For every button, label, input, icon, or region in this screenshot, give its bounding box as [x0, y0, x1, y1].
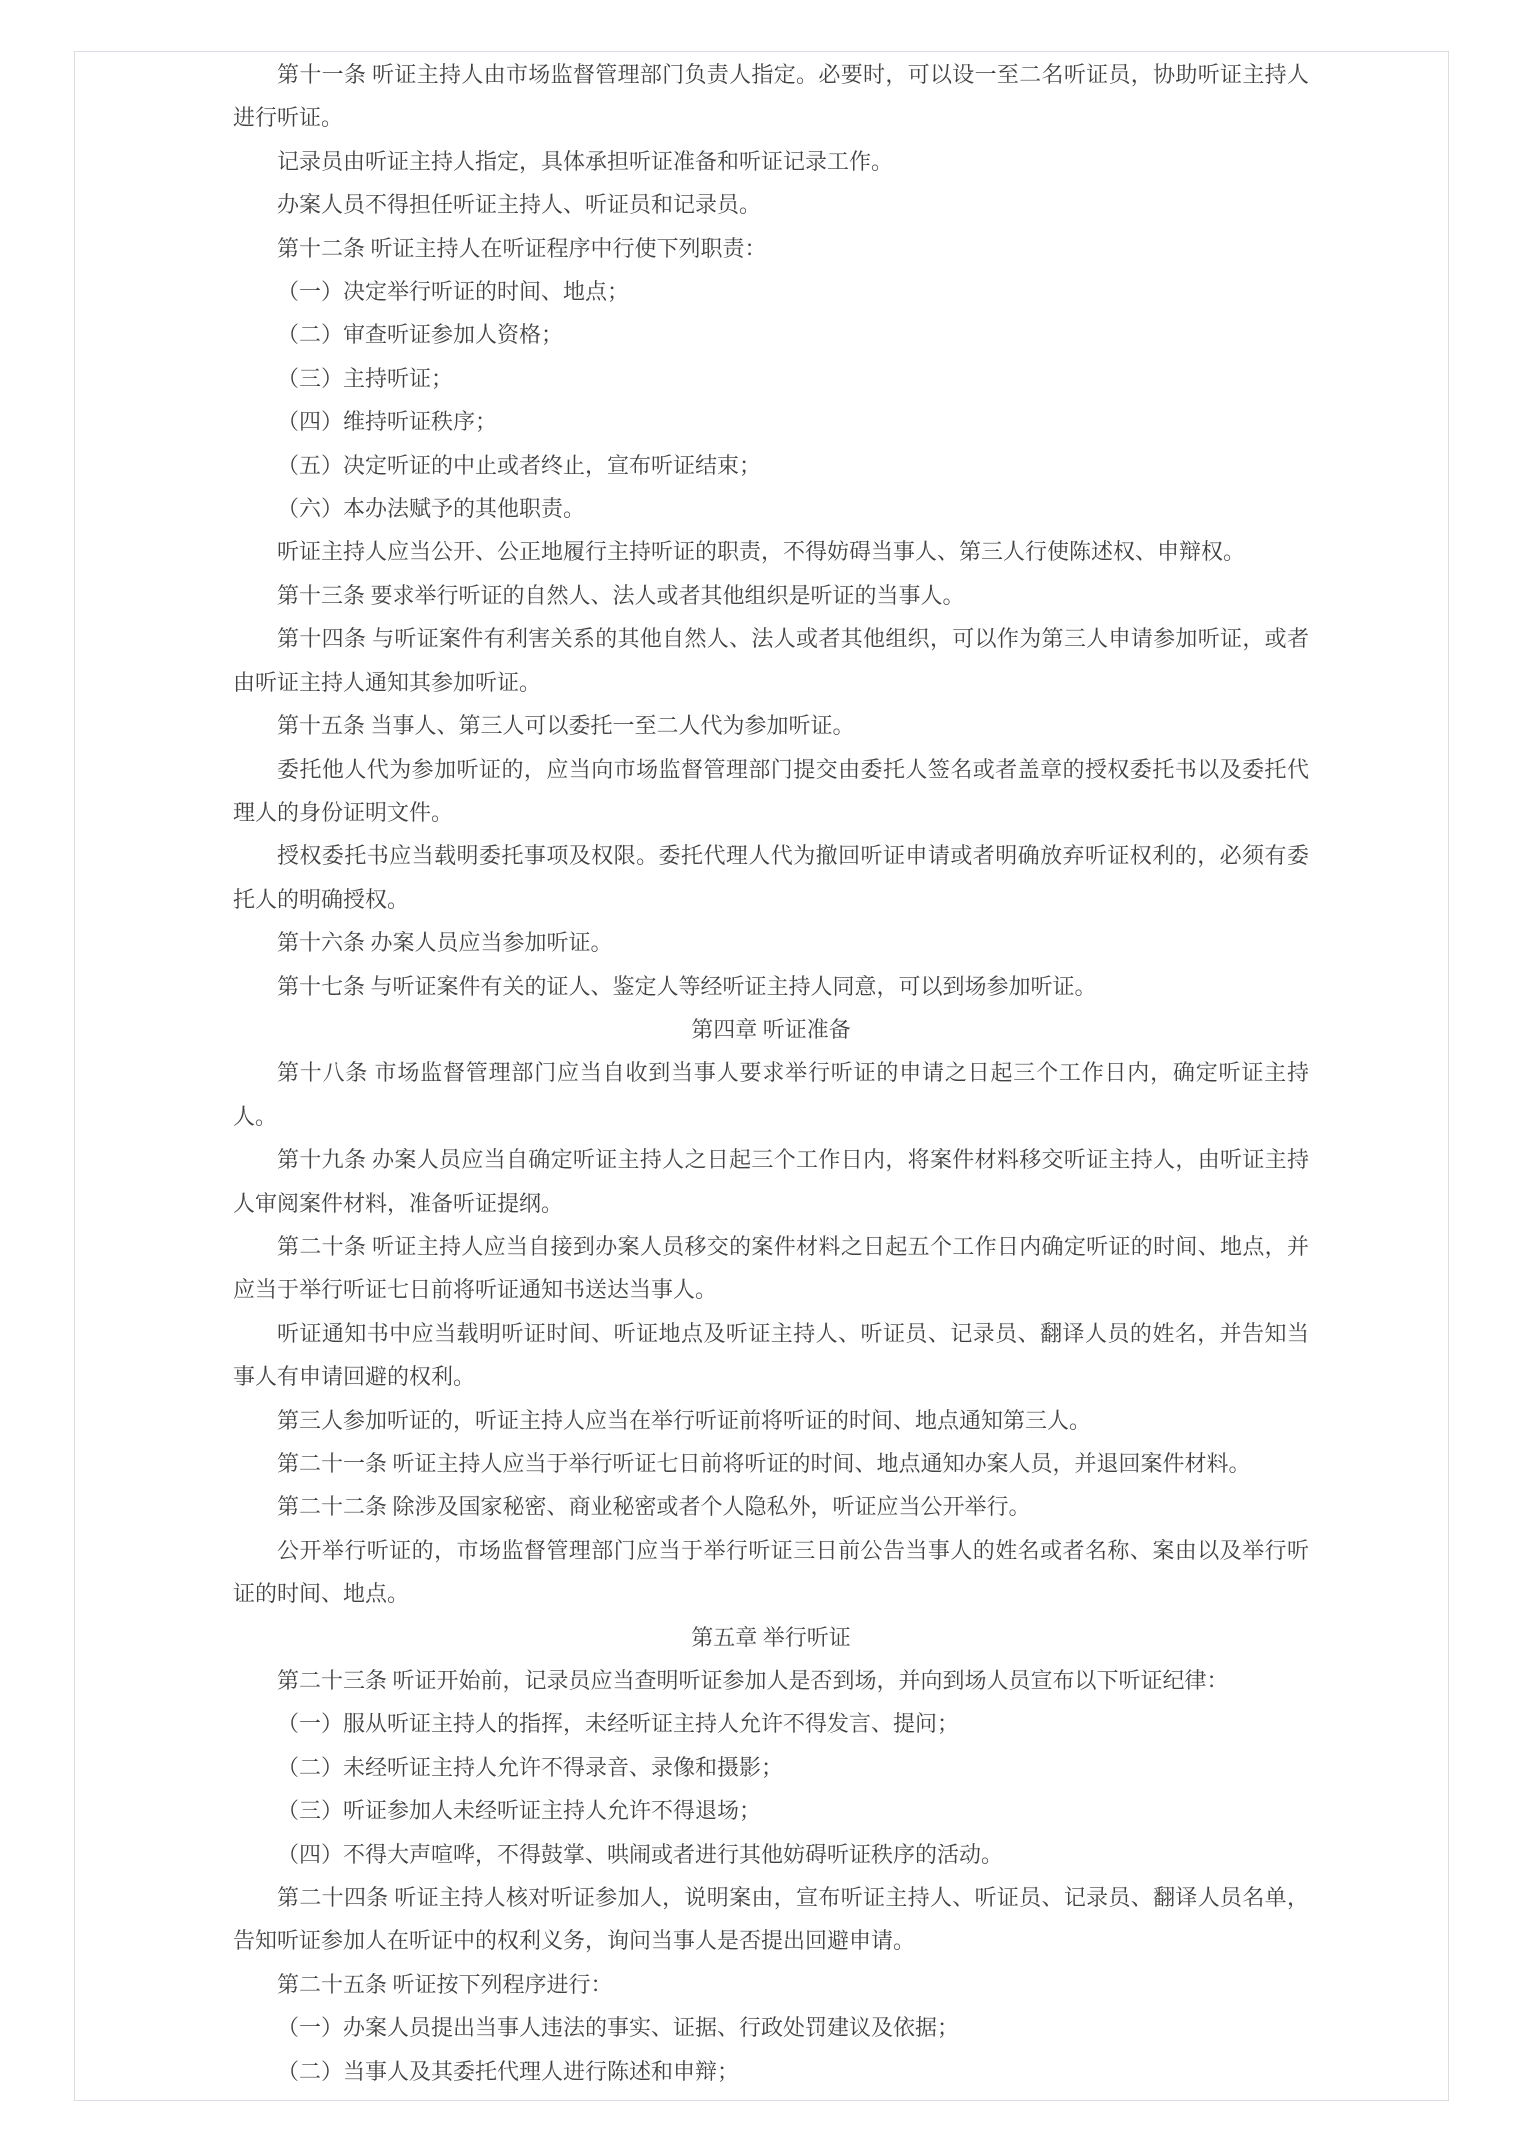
- paragraph: （四）不得大声喧哗，不得鼓掌、哄闹或者进行其他妨碍听证秩序的活动。: [233, 1833, 1309, 1876]
- chapter-heading: 第五章 举行听证: [233, 1616, 1309, 1659]
- paragraph: 第二十条 听证主持人应当自接到办案人员移交的案件材料之日起五个工作日内确定听证的…: [233, 1225, 1309, 1312]
- paragraph: 第二十一条 听证主持人应当于举行听证七日前将听证的时间、地点通知办案人员，并退回…: [233, 1442, 1309, 1485]
- paragraph: 第十八条 市场监督管理部门应当自收到当事人要求举行听证的申请之日起三个工作日内，…: [233, 1051, 1309, 1138]
- paragraph: （一）决定举行听证的时间、地点；: [233, 270, 1309, 313]
- paragraph: （六）本办法赋予的其他职责。: [233, 487, 1309, 530]
- paragraph: （二）审查听证参加人资格；: [233, 313, 1309, 356]
- paragraph: 第二十三条 听证开始前，记录员应当查明听证参加人是否到场，并向到场人员宣布以下听…: [233, 1659, 1309, 1702]
- paragraph: 办案人员不得担任听证主持人、听证员和记录员。: [233, 183, 1309, 226]
- paragraph: 委托他人代为参加听证的，应当向市场监督管理部门提交由委托人签名或者盖章的授权委托…: [233, 748, 1309, 835]
- paragraph: （四）维持听证秩序；: [233, 400, 1309, 443]
- paragraph: 听证通知书中应当载明听证时间、听证地点及听证主持人、听证员、记录员、翻译人员的姓…: [233, 1312, 1309, 1399]
- chapter-heading: 第四章 听证准备: [233, 1008, 1309, 1051]
- paragraph: 记录员由听证主持人指定，具体承担听证准备和听证记录工作。: [233, 140, 1309, 183]
- document-body: 第十一条 听证主持人由市场监督管理部门负责人指定。必要时，可以设一至二名听证员，…: [233, 53, 1309, 2093]
- paragraph: （一）办案人员提出当事人违法的事实、证据、行政处罚建议及依据；: [233, 2006, 1309, 2049]
- paragraph: （三）听证参加人未经听证主持人允许不得退场；: [233, 1789, 1309, 1832]
- paragraph: 第二十二条 除涉及国家秘密、商业秘密或者个人隐私外，听证应当公开举行。: [233, 1485, 1309, 1528]
- paragraph: 第二十五条 听证按下列程序进行：: [233, 1963, 1309, 2006]
- paragraph: 授权委托书应当载明委托事项及权限。委托代理人代为撤回听证申请或者明确放弃听证权利…: [233, 834, 1309, 921]
- paragraph: （三）主持听证；: [233, 357, 1309, 400]
- document-page: 第十一条 听证主持人由市场监督管理部门负责人指定。必要时，可以设一至二名听证员，…: [74, 51, 1449, 2101]
- paragraph: 第十三条 要求举行听证的自然人、法人或者其他组织是听证的当事人。: [233, 574, 1309, 617]
- paragraph: 公开举行听证的，市场监督管理部门应当于举行听证三日前公告当事人的姓名或者名称、案…: [233, 1529, 1309, 1616]
- paragraph: 第十一条 听证主持人由市场监督管理部门负责人指定。必要时，可以设一至二名听证员，…: [233, 53, 1309, 140]
- paragraph: 第三人参加听证的，听证主持人应当在举行听证前将听证的时间、地点通知第三人。: [233, 1399, 1309, 1442]
- paragraph: 第十二条 听证主持人在听证程序中行使下列职责：: [233, 227, 1309, 270]
- paragraph: 第十七条 与听证案件有关的证人、鉴定人等经听证主持人同意，可以到场参加听证。: [233, 965, 1309, 1008]
- paragraph: 第十五条 当事人、第三人可以委托一至二人代为参加听证。: [233, 704, 1309, 747]
- paragraph: 第十九条 办案人员应当自确定听证主持人之日起三个工作日内，将案件材料移交听证主持…: [233, 1138, 1309, 1225]
- paragraph: （五）决定听证的中止或者终止，宣布听证结束；: [233, 444, 1309, 487]
- paragraph: 第十六条 办案人员应当参加听证。: [233, 921, 1309, 964]
- paragraph: （二）未经听证主持人允许不得录音、录像和摄影；: [233, 1746, 1309, 1789]
- paragraph: 听证主持人应当公开、公正地履行主持听证的职责，不得妨碍当事人、第三人行使陈述权、…: [233, 530, 1309, 573]
- paragraph: （一）服从听证主持人的指挥，未经听证主持人允许不得发言、提问；: [233, 1702, 1309, 1745]
- paragraph: 第二十四条 听证主持人核对听证参加人，说明案由，宣布听证主持人、听证员、记录员、…: [233, 1876, 1309, 1963]
- paragraph: （二）当事人及其委托代理人进行陈述和申辩；: [233, 2050, 1309, 2093]
- paragraph: 第十四条 与听证案件有利害关系的其他自然人、法人或者其他组织，可以作为第三人申请…: [233, 617, 1309, 704]
